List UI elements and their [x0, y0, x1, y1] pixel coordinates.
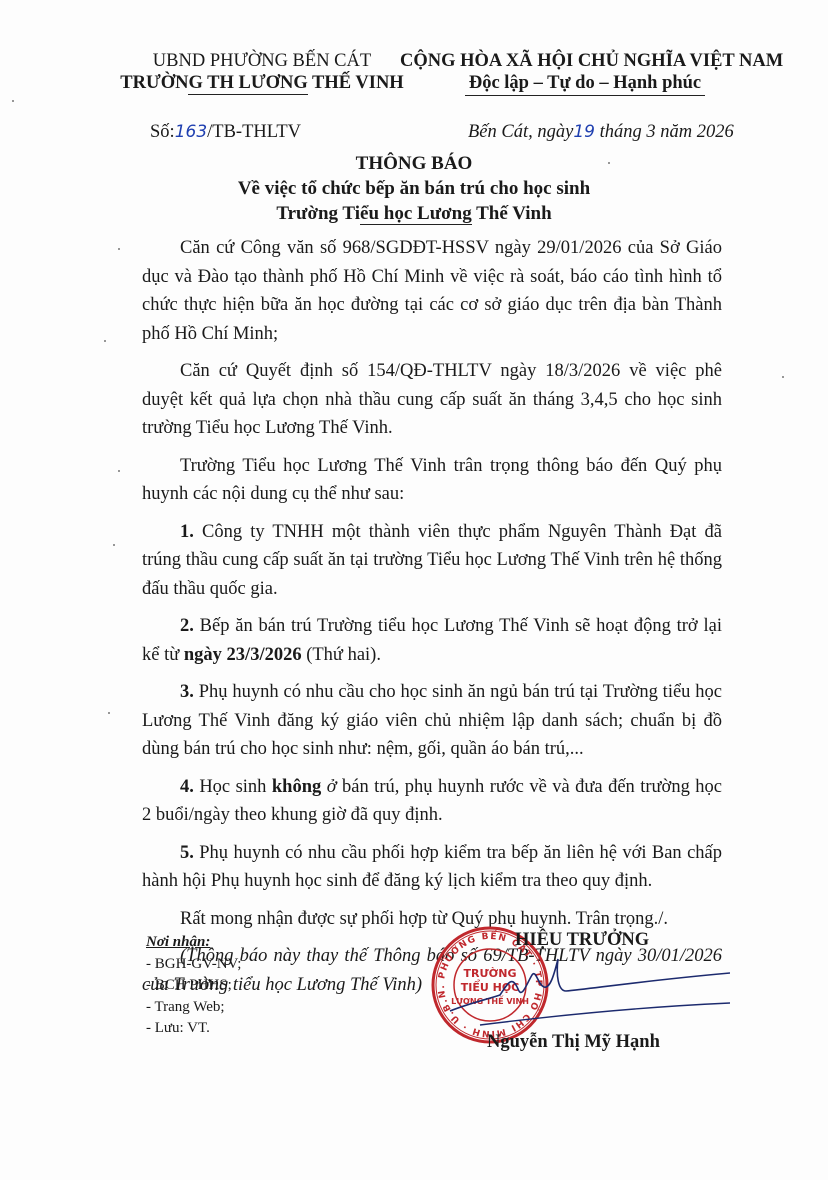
item-2-text-post: (Thứ hai).: [302, 645, 381, 665]
authority-line-2-post: THẾ VINH: [308, 73, 404, 93]
subtitle-2-pre: Trường Ti: [276, 203, 360, 224]
subtitle-2-post: Thế Vinh: [472, 203, 552, 224]
item-3: 3. Phụ huynh có nhu cầu cho học sinh ăn …: [142, 678, 722, 764]
scan-speck: [782, 376, 784, 378]
date-suffix: tháng 3 năm 2026: [595, 122, 734, 142]
signature-mark: [440, 945, 730, 1035]
doc-number-suffix: /TB-THLTV: [207, 122, 301, 142]
date-prefix: Bến Cát, ngày: [468, 122, 573, 142]
item-4: 4. Học sinh không ở bán trú, phụ huynh r…: [142, 773, 722, 830]
scan-speck: [118, 470, 120, 472]
scan-speck: [104, 340, 106, 342]
document-subtitle-1: Về việc tổ chức bếp ăn bán trú cho học s…: [0, 178, 828, 200]
item-1: 1. Công ty TNHH một thành viên thực phẩm…: [142, 518, 722, 604]
document-title: THÔNG BÁO: [0, 153, 828, 175]
country-name: CỘNG HÒA XÃ HỘI CHỦ NGHĨA VIỆT NAM: [400, 50, 770, 72]
recipient-item: - Trang Web;: [146, 997, 241, 1019]
item-3-number: 3.: [180, 682, 194, 702]
document-number: Số:163/TB-THLTV: [150, 122, 301, 143]
recipients-block: Nơi nhận: - BGH-GV-NV; - BCH PHHS; - Tra…: [146, 932, 241, 1040]
legal-basis-2: Căn cứ Quyết định số 154/QĐ-THLTV ngày 1…: [142, 357, 722, 443]
signer-name: Nguyễn Thị Mỹ Hạnh: [487, 1032, 660, 1053]
item-1-number: 1.: [180, 522, 194, 542]
intro-paragraph: Trường Tiểu học Lương Thế Vinh trân trọn…: [142, 452, 722, 509]
document-page: UBND PHƯỜNG BẾN CÁT TRƯỜNG TH LƯƠNG THẾ …: [0, 0, 828, 1180]
recipient-item: - Lưu: VT.: [146, 1018, 241, 1040]
recipients-heading: Nơi nhận:: [146, 932, 241, 954]
doc-number-handwritten: 163: [175, 122, 207, 142]
recipient-item: - BGH-GV-NV;: [146, 954, 241, 976]
issuing-authority: UBND PHƯỜNG BẾN CÁT TRƯỜNG TH LƯƠNG THẾ …: [112, 50, 412, 94]
scan-speck: [608, 162, 610, 164]
document-date: Bến Cát, ngày19 tháng 3 năm 2026: [468, 122, 734, 143]
legal-basis-1: Căn cứ Công văn số 968/SGDĐT-HSSV ngày 2…: [142, 234, 722, 348]
item-5-number: 5.: [180, 843, 194, 863]
item-1-text: Công ty TNHH một thành viên thực phẩm Ng…: [142, 522, 722, 599]
doc-number-prefix: Số:: [150, 122, 175, 142]
document-body: Căn cứ Công văn số 968/SGDĐT-HSSV ngày 2…: [142, 234, 722, 1008]
item-4-bold: không: [272, 777, 321, 797]
item-2: 2. Bếp ăn bán trú Trường tiểu học Lương …: [142, 612, 722, 669]
authority-line-2-underlined: G TH LƯƠNG: [188, 73, 307, 95]
authority-line-2: TRƯỜNG TH LƯƠNG THẾ VINH: [112, 72, 412, 94]
scan-speck: [108, 712, 110, 714]
authority-line-1: UBND PHƯỜNG BẾN CÁT: [112, 50, 412, 72]
document-subtitle-2: Trường Tiểu học Lương Thế Vinh: [0, 203, 828, 225]
authority-line-2-pre: TRƯỜN: [120, 73, 188, 93]
item-3-text: Phụ huynh có nhu cầu cho học sinh ăn ngủ…: [142, 682, 722, 759]
subtitle-2-underlined: ểu học Lương: [360, 203, 472, 225]
item-5: 5. Phụ huynh có nhu cầu phối hợp kiểm tr…: [142, 839, 722, 896]
item-4-italic: ở: [321, 777, 336, 797]
national-motto: CỘNG HÒA XÃ HỘI CHỦ NGHĨA VIỆT NAM Độc l…: [400, 50, 770, 96]
item-5-text: Phụ huynh có nhu cầu phối hợp kiểm tra b…: [142, 843, 722, 892]
date-day-handwritten: 19: [573, 122, 595, 142]
item-4-text-pre: Học sinh: [194, 777, 272, 797]
item-2-date: ngày 23/3/2026: [184, 645, 302, 665]
scan-speck: [118, 248, 120, 250]
item-2-number: 2.: [180, 616, 194, 636]
motto: Độc lập – Tự do – Hạnh phúc: [465, 72, 705, 96]
item-4-number: 4.: [180, 777, 194, 797]
recipient-item: - BCH PHHS;: [146, 975, 241, 997]
scan-speck: [113, 544, 115, 546]
scan-speck: [12, 100, 14, 102]
